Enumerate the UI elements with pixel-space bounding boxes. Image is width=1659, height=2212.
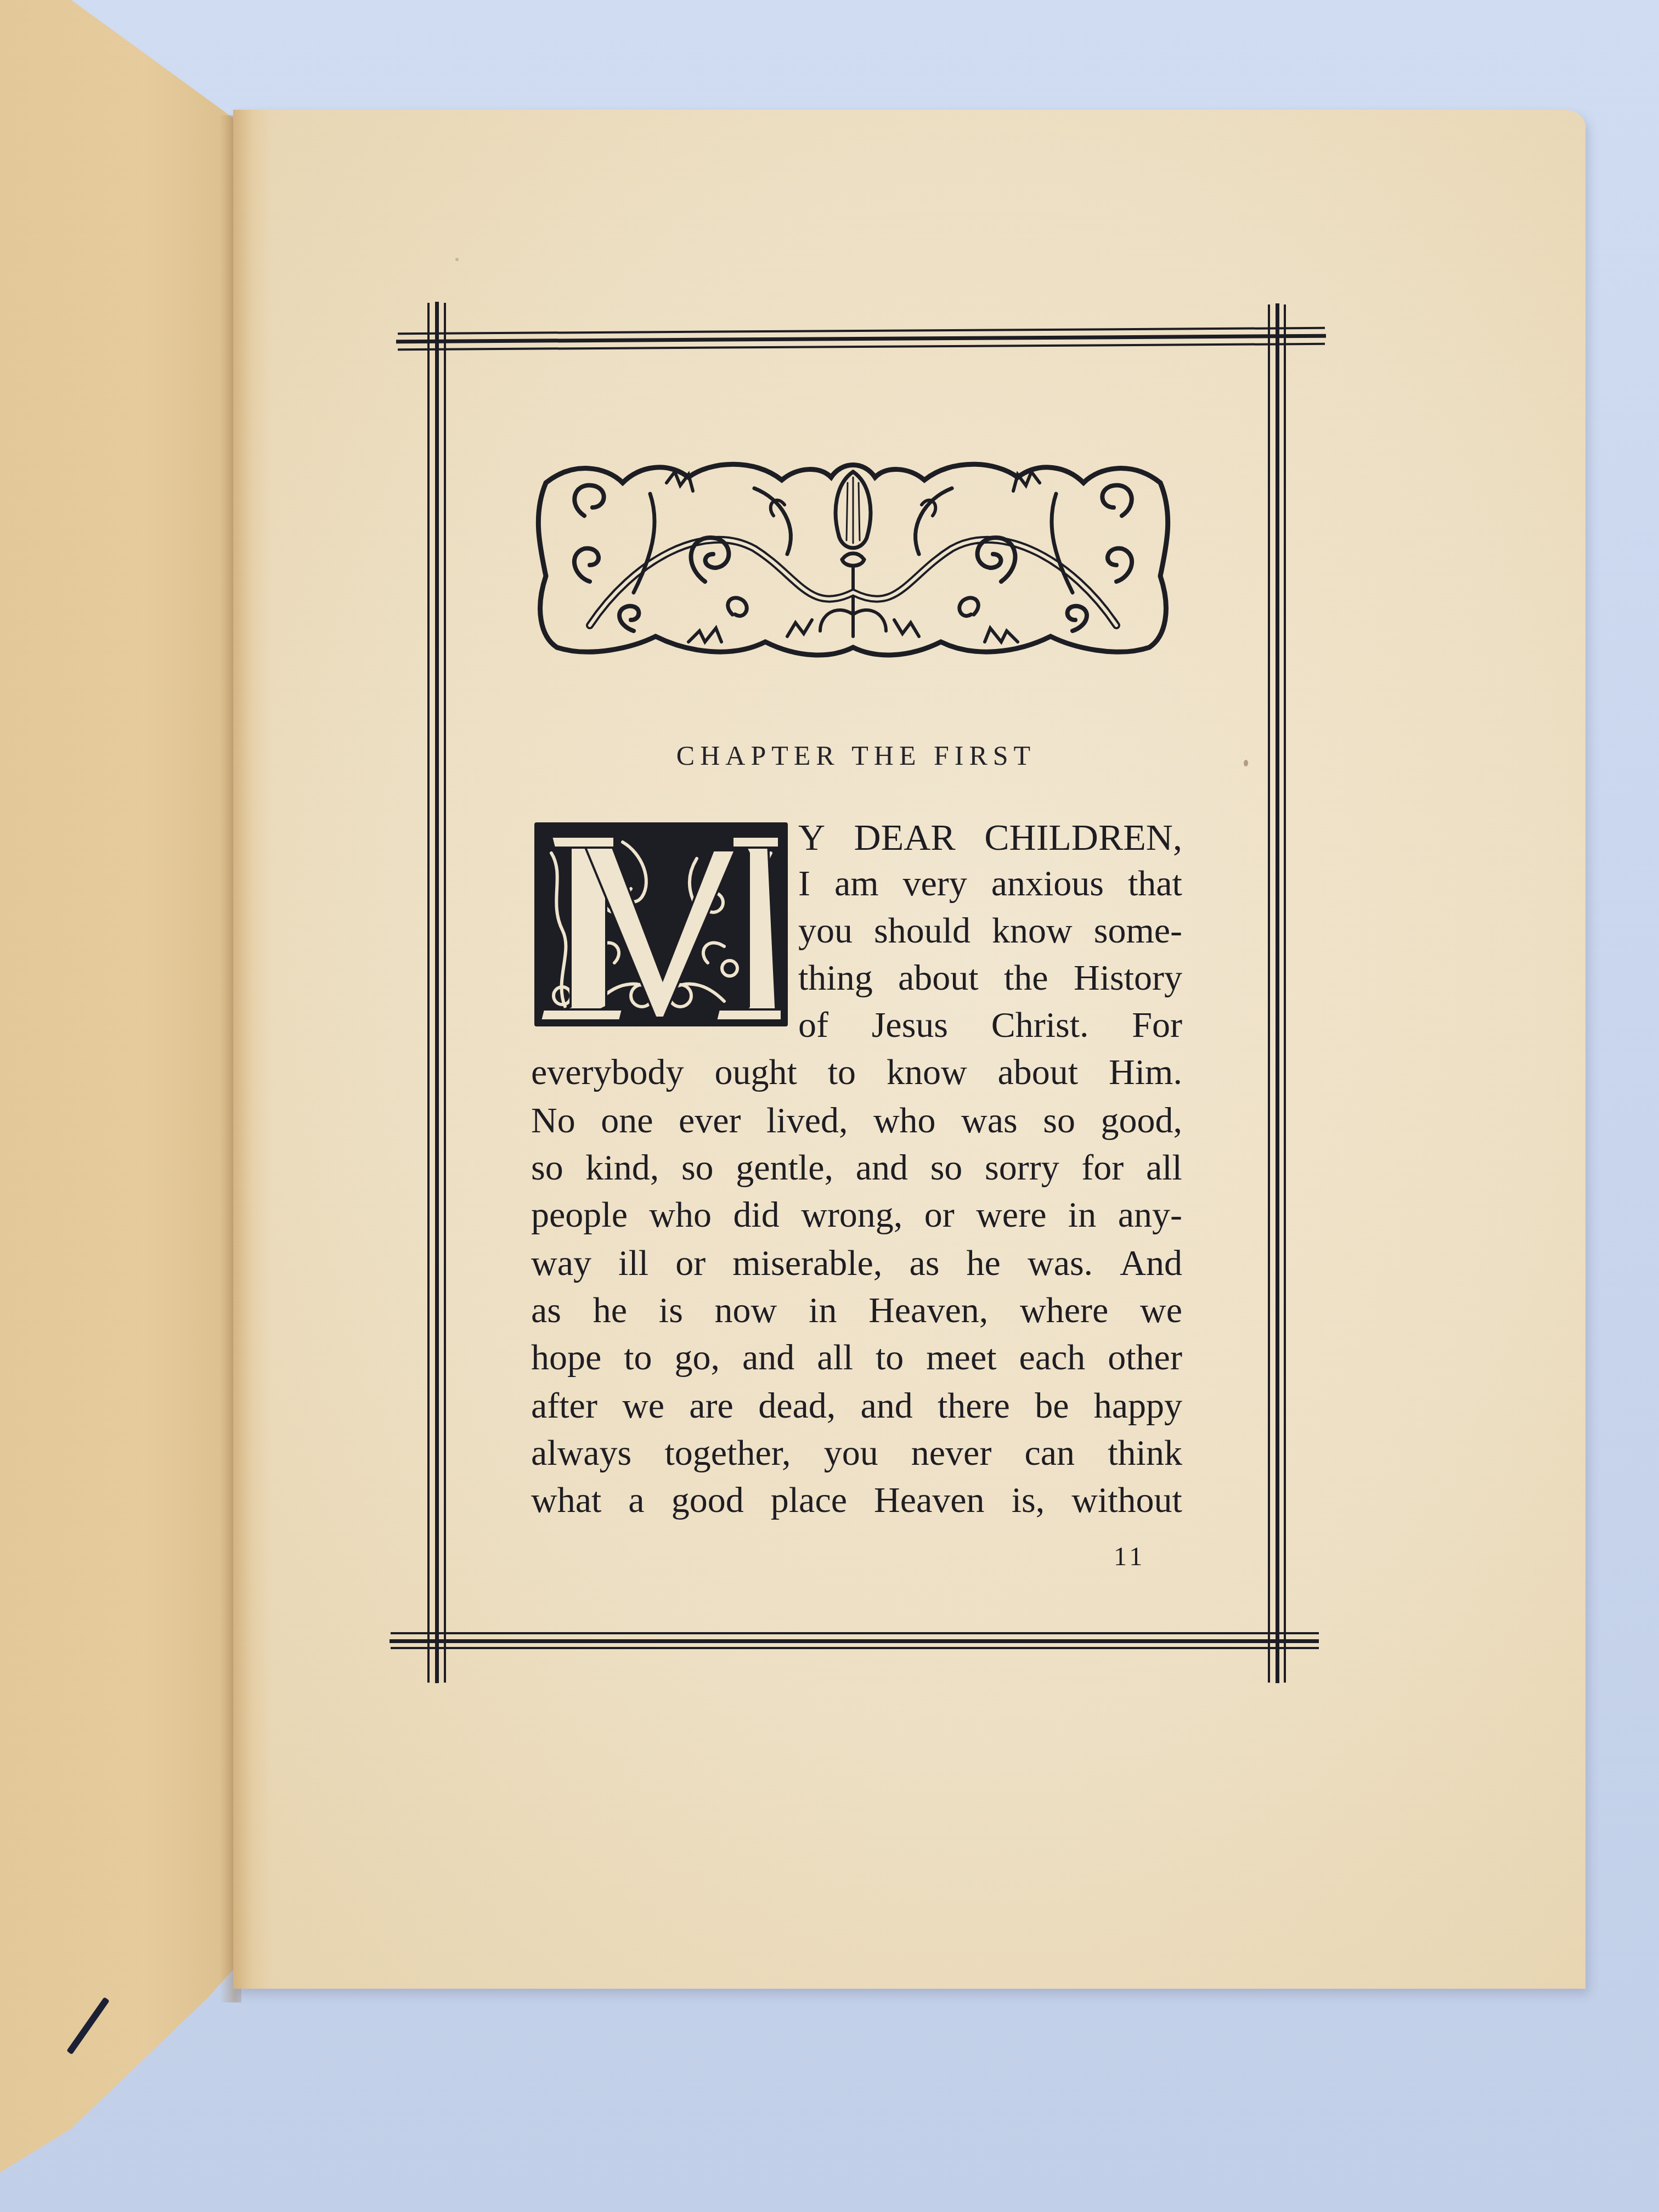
word: wrong, <box>801 1197 902 1233</box>
word: all <box>817 1340 853 1376</box>
text-line: whatagoodplaceHeavenis,without <box>531 1482 1182 1519</box>
word: we <box>1140 1293 1182 1329</box>
word: know <box>887 1054 967 1091</box>
foxing-speck <box>455 258 459 261</box>
word: what <box>531 1482 601 1519</box>
word: For <box>1132 1007 1182 1043</box>
word: Jesus <box>872 1007 948 1043</box>
word: so <box>681 1150 714 1186</box>
illuminated-drop-cap-m-icon <box>532 820 790 1029</box>
word: was <box>961 1103 1018 1139</box>
word: place <box>771 1482 847 1519</box>
word: go, <box>674 1340 720 1376</box>
word: people <box>531 1197 628 1233</box>
gutter-shadow <box>233 110 272 1989</box>
text-line: peoplewhodidwrong,orwereinany- <box>531 1197 1182 1233</box>
word: where <box>1020 1293 1108 1329</box>
word: good, <box>1101 1103 1182 1139</box>
word: he <box>967 1245 1001 1282</box>
word: as <box>531 1293 561 1329</box>
word: other <box>1108 1340 1182 1376</box>
word: is, <box>1012 1482 1045 1519</box>
word: or <box>924 1197 955 1233</box>
word: to <box>828 1054 856 1091</box>
word: or <box>675 1245 706 1282</box>
word: good <box>672 1482 744 1519</box>
foxing-speck <box>1244 760 1248 766</box>
word: were <box>976 1197 1046 1233</box>
word: Heaven <box>874 1482 985 1519</box>
word: there <box>938 1388 1010 1424</box>
word: we <box>622 1388 664 1424</box>
word: very <box>903 866 967 902</box>
text-line: thingabouttheHistory <box>798 960 1182 996</box>
word: was. <box>1028 1245 1093 1282</box>
text-line: Iamveryanxiousthat <box>798 866 1182 902</box>
word: gentle, <box>736 1150 833 1186</box>
word: a <box>628 1482 644 1519</box>
left-page <box>0 0 241 2212</box>
text-line: hopetogo,andalltomeeteachother <box>531 1340 1182 1376</box>
word: some- <box>1094 913 1182 949</box>
word: No <box>531 1103 575 1139</box>
word: so <box>1043 1103 1075 1139</box>
word: one <box>601 1103 653 1139</box>
word: and <box>860 1388 912 1424</box>
word: CHILDREN, <box>984 819 1182 856</box>
word: everybody <box>531 1054 684 1091</box>
word: without <box>1071 1482 1182 1519</box>
word: Y <box>798 819 825 856</box>
word: as <box>909 1245 939 1282</box>
word: dead, <box>758 1388 836 1424</box>
word: kind, <box>585 1150 659 1186</box>
word: all <box>1146 1150 1182 1186</box>
word: am <box>834 866 879 902</box>
text-line: asheisnowinHeaven,wherewe <box>531 1293 1182 1329</box>
word: to <box>876 1340 904 1376</box>
word: so <box>531 1150 563 1186</box>
word: thing <box>798 960 873 996</box>
word: miserable, <box>732 1245 882 1282</box>
word: lived, <box>766 1103 848 1139</box>
word: DEAR <box>854 819 956 856</box>
word: ill <box>618 1245 648 1282</box>
word: for <box>1081 1150 1124 1186</box>
word: you <box>824 1435 878 1471</box>
word: should <box>874 913 970 949</box>
word: Him. <box>1109 1054 1182 1091</box>
word: after <box>531 1388 597 1424</box>
word: who <box>873 1103 936 1139</box>
word: about <box>998 1054 1079 1091</box>
text-line: Nooneeverlived,whowassogood, <box>531 1103 1182 1139</box>
word: I <box>798 866 810 902</box>
word: to <box>624 1340 652 1376</box>
word: anxious <box>991 866 1104 902</box>
text-line: everybodyoughttoknowaboutHim. <box>531 1054 1182 1091</box>
word: that <box>1128 866 1182 902</box>
word: each <box>1019 1340 1085 1376</box>
chapter-heading: CHAPTER THE FIRST <box>531 740 1181 771</box>
word: about <box>898 960 979 996</box>
word: so <box>930 1150 963 1186</box>
word: happy <box>1094 1388 1182 1424</box>
word: any- <box>1118 1197 1182 1233</box>
word: is <box>659 1293 683 1329</box>
word: And <box>1120 1245 1182 1282</box>
word: be <box>1035 1388 1069 1424</box>
text-line: YDEARCHILDREN, <box>798 819 1182 856</box>
word: are <box>689 1388 733 1424</box>
word: in <box>809 1293 837 1329</box>
word: meet <box>926 1340 996 1376</box>
word: and <box>742 1340 794 1376</box>
word: sorry <box>985 1150 1059 1186</box>
text-line: alwaystogether,younevercanthink <box>531 1435 1182 1471</box>
word: now <box>715 1293 777 1329</box>
word: the <box>1004 960 1048 996</box>
acanthus-ornament-icon <box>524 450 1182 664</box>
text-line: wayillormiserable,ashewas.And <box>531 1245 1182 1282</box>
word: know <box>992 913 1073 949</box>
word: you <box>798 913 853 949</box>
text-line: sokind,sogentle,andsosorryforall <box>531 1150 1182 1186</box>
word: together, <box>664 1435 791 1471</box>
word: way <box>531 1245 591 1282</box>
word: hope <box>531 1340 601 1376</box>
word: did <box>733 1197 779 1233</box>
word: can <box>1025 1435 1075 1471</box>
word: Heaven, <box>868 1293 988 1329</box>
text-line: afterwearedead,andtherebehappy <box>531 1388 1182 1424</box>
text-line: ofJesusChrist.For <box>798 1007 1182 1043</box>
word: and <box>856 1150 908 1186</box>
word: ought <box>714 1054 797 1091</box>
page-number: 11 <box>1114 1542 1145 1572</box>
word: Christ. <box>991 1007 1089 1043</box>
word: think <box>1108 1435 1182 1471</box>
word: who <box>649 1197 712 1233</box>
text-line: youshouldknowsome- <box>798 913 1182 949</box>
word: he <box>593 1293 627 1329</box>
word: always <box>531 1435 631 1471</box>
word: never <box>911 1435 992 1471</box>
word: of <box>798 1007 828 1043</box>
word: ever <box>679 1103 741 1139</box>
word: History <box>1074 960 1182 996</box>
word: in <box>1068 1197 1096 1233</box>
